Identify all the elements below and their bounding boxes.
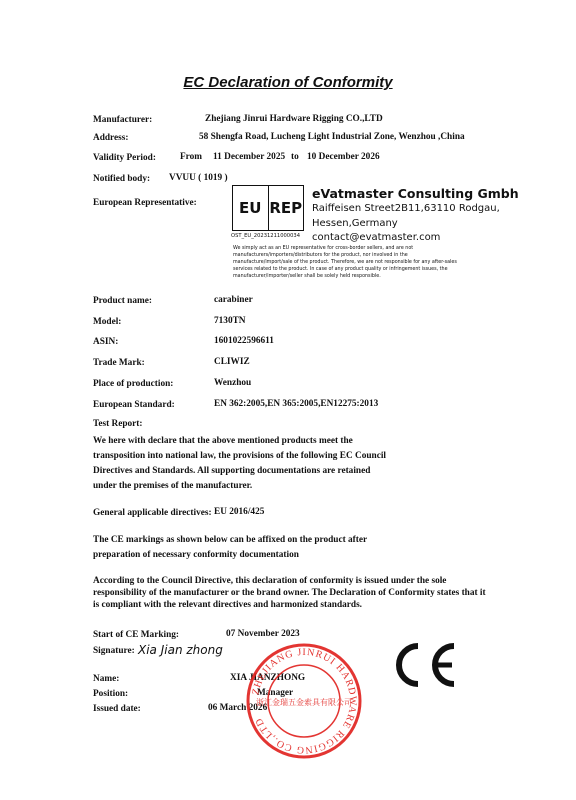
declaration-text: We here with declare that the above ment… bbox=[93, 434, 393, 494]
signature: Xia Jian zhong bbox=[138, 643, 223, 657]
council-text: According to the Council Directive, this… bbox=[93, 575, 488, 611]
eu-rep-name: eVatmaster Consulting Gmbh bbox=[312, 186, 519, 201]
eu-rep-email: contact@evatmaster.com bbox=[312, 232, 440, 243]
eu-rep-code: OST_EU_20231211000034 bbox=[231, 233, 300, 239]
start-ce-label: Start of CE Marking: bbox=[93, 630, 179, 640]
notified-body-label: Notified body: bbox=[93, 174, 150, 184]
name-label: Name: bbox=[93, 674, 119, 684]
model-value: 7130TN bbox=[214, 316, 246, 326]
address-value: 58 Shengfa Road, Lucheng Light Industria… bbox=[199, 132, 465, 142]
eu-rep-label: European Representative: bbox=[93, 198, 197, 208]
notified-body-value: VVUU ( 1019 ) bbox=[169, 173, 228, 183]
validity-from: 11 December 2025 bbox=[213, 152, 285, 162]
standard-label: European Standard: bbox=[93, 400, 175, 410]
ce-mark-icon bbox=[390, 640, 460, 690]
page-title: EC Declaration of Conformity bbox=[0, 74, 576, 91]
validity-to: 10 December 2026 bbox=[307, 152, 380, 162]
model-label: Model: bbox=[93, 317, 121, 327]
eu-rep-note: We simply act as an EU representative fo… bbox=[233, 245, 463, 280]
company-stamp-icon: ZHEJIANG JINRUI HARDWARE RIGGING CO.,LTD… bbox=[245, 642, 363, 760]
position-label: Position: bbox=[93, 689, 128, 699]
product-name-label: Product name: bbox=[93, 296, 152, 306]
start-ce-value: 07 November 2023 bbox=[226, 629, 300, 639]
validity-label: Validity Period: bbox=[93, 153, 156, 163]
svg-text:浙江金瑞五金索具有限公司: 浙江金瑞五金索具有限公司 bbox=[256, 697, 352, 707]
trade-mark-label: Trade Mark: bbox=[93, 358, 145, 368]
asin-label: ASIN: bbox=[93, 337, 118, 347]
signature-label: Signature: bbox=[93, 646, 135, 656]
validity-from-label: From bbox=[180, 152, 202, 162]
standard-value: EN 362:2005,EN 365:2005,EN12275:2013 bbox=[214, 399, 378, 409]
test-report-label: Test Report: bbox=[93, 419, 143, 429]
directives-value: EU 2016/425 bbox=[214, 507, 264, 517]
place-label: Place of production: bbox=[93, 379, 173, 389]
product-name-value: carabiner bbox=[214, 295, 253, 305]
ce-marking-text: The CE markings as shown below can be af… bbox=[93, 533, 373, 563]
eu-rep-address-2: Hessen,Germany bbox=[312, 218, 398, 229]
eu-rep-box-rep: REP bbox=[269, 186, 304, 230]
eu-rep-address-1: Raiffeisen Street2B11,63110 Rodgau, bbox=[312, 203, 500, 214]
trade-mark-value: CLIWIZ bbox=[214, 357, 250, 367]
eu-rep-box-eu: EU bbox=[233, 186, 269, 230]
manufacturer-value: Zhejiang Jinrui Hardware Rigging CO.,LTD bbox=[205, 114, 383, 124]
issued-label: Issued date: bbox=[93, 704, 141, 714]
manufacturer-label: Manufacturer: bbox=[93, 115, 152, 125]
eu-rep-logo: EU REP bbox=[232, 185, 304, 231]
validity-to-label: to bbox=[291, 152, 299, 162]
place-value: Wenzhou bbox=[214, 378, 251, 388]
address-label: Address: bbox=[93, 133, 128, 143]
asin-value: 1601022596611 bbox=[214, 336, 274, 346]
directives-label: General applicable directives: bbox=[93, 508, 212, 518]
